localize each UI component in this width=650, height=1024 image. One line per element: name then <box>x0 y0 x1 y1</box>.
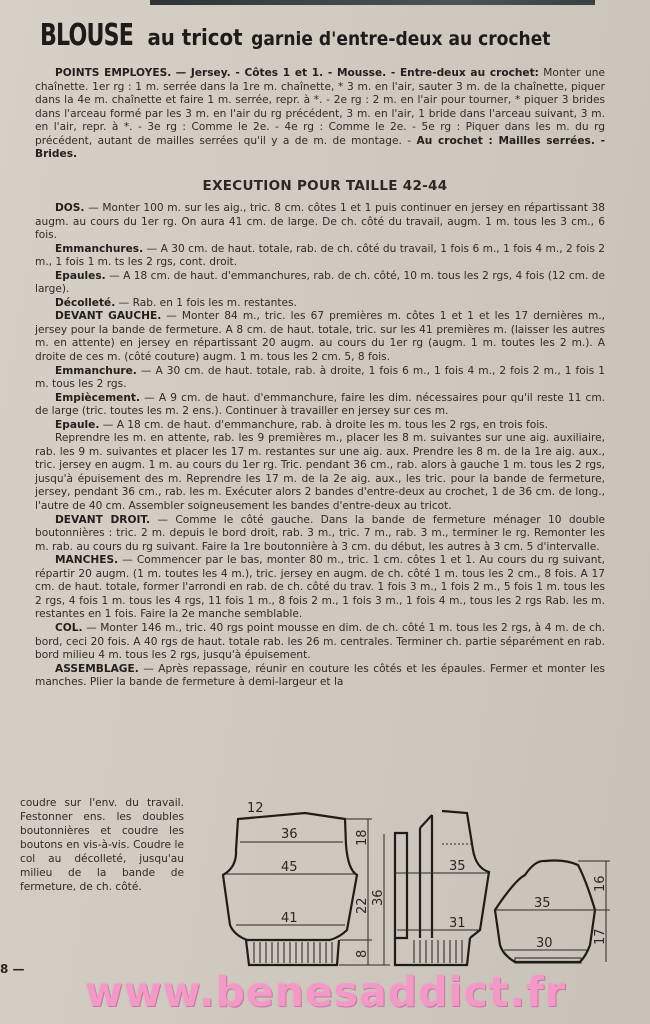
front-rib-lines <box>414 940 462 963</box>
dim-armhole-height: 18 <box>355 829 370 846</box>
dim-shoulder: 12 <box>247 801 264 816</box>
page-number: 8 — <box>0 962 25 976</box>
dim-sleeve-height: 17 <box>593 928 608 945</box>
dim-chest-front: 35 <box>449 859 466 874</box>
sleeve-dimension-labels: 35 30 16 17 <box>534 875 608 951</box>
dim-rib-height: 8 <box>355 950 370 958</box>
back-rib-lines <box>254 942 332 963</box>
dim-body-height: 22 <box>355 897 370 914</box>
dim-chest-back: 45 <box>281 860 298 875</box>
front-piece <box>395 811 489 965</box>
dim-waist-front: 31 <box>449 916 466 931</box>
watermark-url: www.benesaddict.fr <box>85 968 605 1016</box>
dim-sleeve-cap-width: 35 <box>534 896 551 911</box>
front-dimension-labels: 35 31 <box>449 859 466 931</box>
dim-waist-back: 41 <box>281 911 298 926</box>
pattern-schematic: 12 36 45 41 18 22 8 36 35 31 <box>0 0 650 1024</box>
dim-sleeve-cap-height: 16 <box>593 875 608 892</box>
dim-total-height-back: 36 <box>371 889 386 906</box>
dim-shoulder-width: 36 <box>281 827 298 842</box>
dim-sleeve-bottom: 30 <box>536 936 553 951</box>
back-dimension-labels: 12 36 45 41 18 22 8 36 <box>247 801 386 958</box>
